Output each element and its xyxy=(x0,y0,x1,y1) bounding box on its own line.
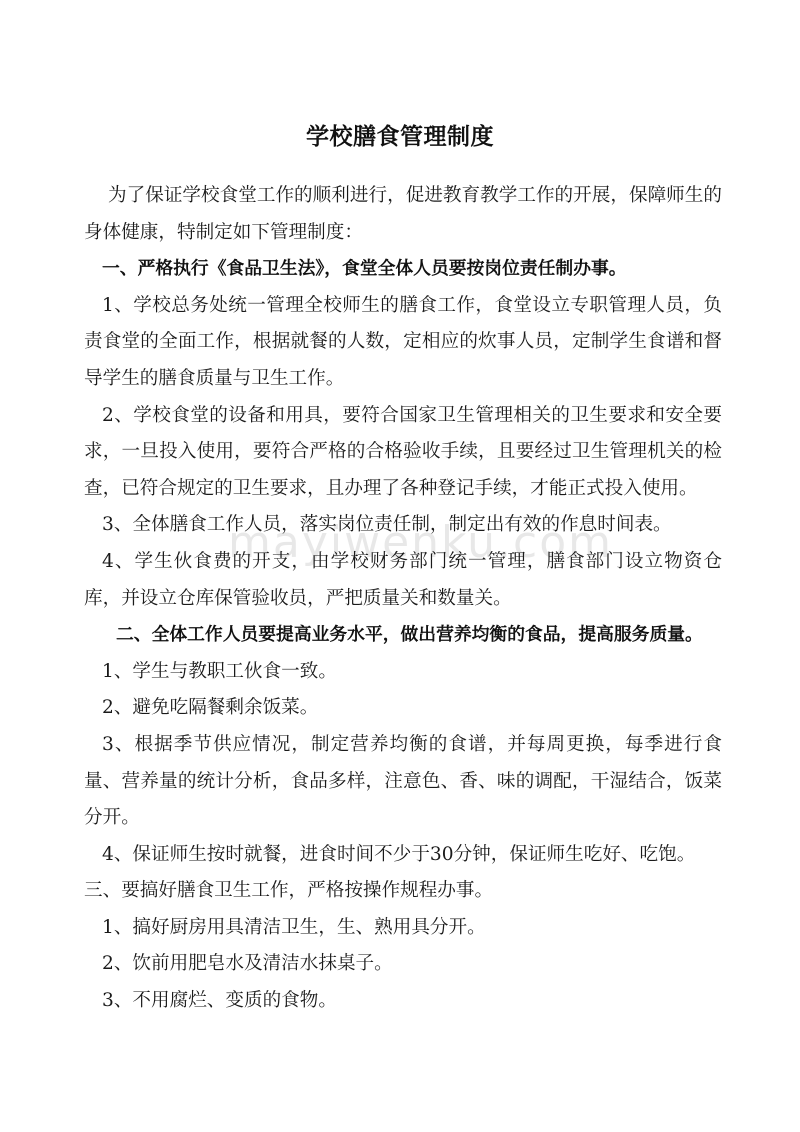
section-2-item-1: 1、学生与教职工伙食一致。 xyxy=(84,654,722,691)
section-2-item-3: 3、根据季节供应情况，制定营养均衡的食谱，并每周更换，每季进行食量、营养量的统计… xyxy=(84,727,722,837)
section-heading-2: 二、全体工作人员要提高业务水平，做出营养均衡的食品，提高服务质量。 xyxy=(84,617,722,654)
intro-paragraph: 为了保证学校食堂工作的顺利进行，促进教育教学工作的开展，保障师生的身体健康，特制… xyxy=(84,178,722,251)
section-3-item-1: 1、搞好厨房用具清洁卫生，生、熟用具分开。 xyxy=(84,910,722,947)
section-1-item-3: 3、全体膳食工作人员，落实岗位责任制，制定出有效的作息时间表。 xyxy=(84,507,722,544)
section-2-item-2: 2、避免吃隔餐剩余饭菜。 xyxy=(84,690,722,727)
section-1-item-2: 2、学校食堂的设备和用具，要符合国家卫生管理相关的卫生要求和安全要求，一旦投入使… xyxy=(84,398,722,508)
section-2-item-4: 4、保证师生按时就餐，进食时间不少于30分钟，保证师生吃好、吃饱。 xyxy=(84,837,722,874)
section-1-item-1: 1、学校总务处统一管理全校师生的膳食工作，食堂设立专职管理人员，负责食堂的全面工… xyxy=(84,288,722,398)
document-title: 学校膳食管理制度 xyxy=(0,118,800,151)
section-1-item-4: 4、学生伙食费的开支，由学校财务部门统一管理，膳食部门设立物资仓库，并设立仓库保… xyxy=(84,544,722,617)
section-3-item-2: 2、饮前用肥皂水及清洁水抹桌子。 xyxy=(84,946,722,983)
section-heading-1: 一、严格执行《食品卫生法》，食堂全体人员要按岗位责任制办事。 xyxy=(84,251,722,288)
section-3-item-3: 3、不用腐烂、变质的食物。 xyxy=(84,983,722,1020)
document-body: 为了保证学校食堂工作的顺利进行，促进教育教学工作的开展，保障师生的身体健康，特制… xyxy=(84,178,722,1020)
section-heading-3: 三、要搞好膳食卫生工作，严格按操作规程办事。 xyxy=(84,873,722,910)
document-page: 学校膳食管理制度 mayiwenku.com 为了保证学校食堂工作的顺利进行，促… xyxy=(0,0,800,1132)
